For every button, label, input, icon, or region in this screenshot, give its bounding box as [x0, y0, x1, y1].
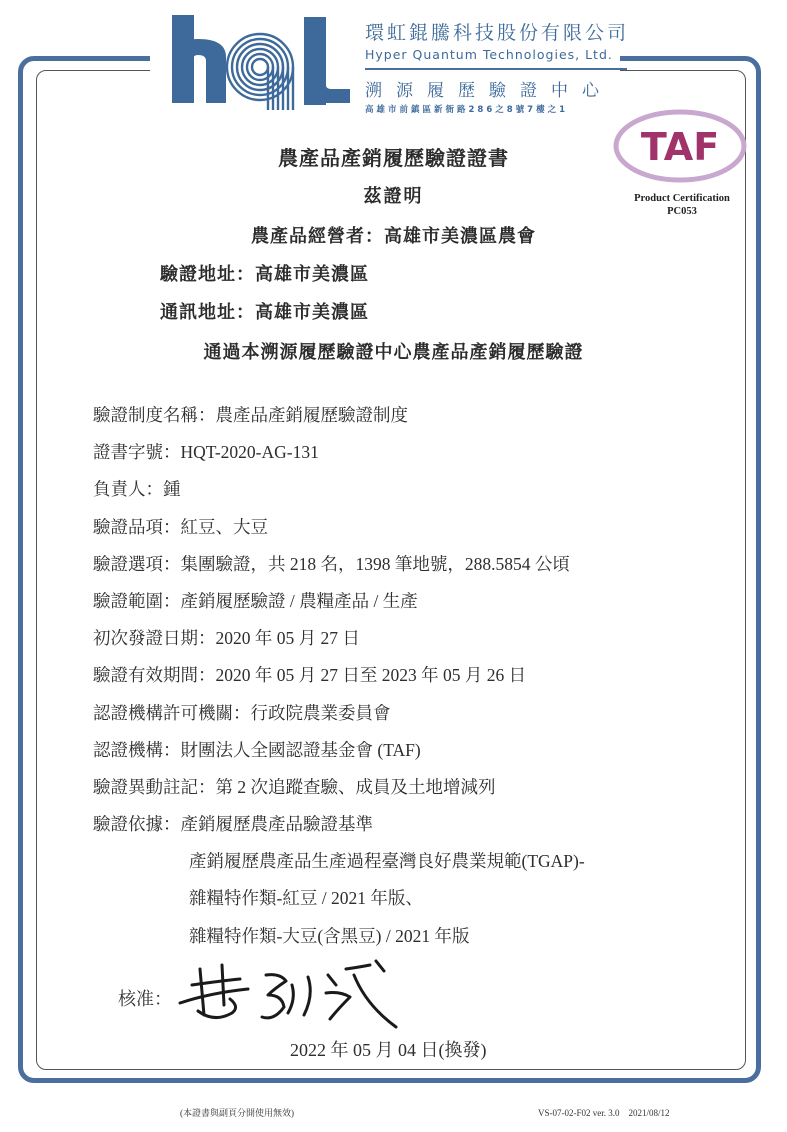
- field-label: 證書字號：: [93, 442, 181, 462]
- field-label: 驗證異動註記：: [93, 777, 216, 797]
- center-name: 溯源履歷驗證中心: [365, 76, 620, 101]
- center-address: 高雄市前鎮區新衙路286之8號7樓之1: [365, 103, 620, 115]
- mail-address-line: 通訊地址：高雄市美濃區: [160, 298, 369, 324]
- field-first-issue-date: 初次發證日期：2020 年 05 月 27 日: [93, 620, 585, 657]
- field-value: 行政院農業委員會: [251, 703, 391, 723]
- field-accreditation-authority: 認證機構許可機關：行政院農業委員會: [93, 695, 585, 732]
- certificate-title: 農產品產銷履歷驗證證書: [0, 142, 787, 171]
- field-label: 驗證選項：: [93, 554, 181, 574]
- field-products: 驗證品項：紅豆、大豆: [93, 509, 585, 546]
- field-label: 驗證有效期間：: [93, 665, 216, 685]
- certification-statement: 通過本溯源履歷驗證中心農產品產銷履歷驗證: [0, 338, 787, 364]
- field-value: 財團法人全國認證基金會 (TAF): [181, 740, 421, 760]
- field-value: 產銷履歷驗證 / 農糧產品 / 生產: [181, 591, 418, 611]
- field-value: HQT-2020-AG-131: [181, 442, 319, 462]
- mail-address-label: 通訊地址：: [160, 302, 255, 323]
- field-label: 認證機構許可機關：: [93, 703, 251, 723]
- field-certificate-number: 證書字號：HQT-2020-AG-131: [93, 434, 585, 471]
- company-block: 環虹錕騰科技股份有限公司 Hyper Quantum Technologies,…: [365, 18, 620, 115]
- field-scheme-name: 驗證制度名稱：農產品產銷履歷驗證制度: [93, 397, 585, 434]
- field-label: 認證機構：: [93, 740, 181, 760]
- company-name-cn: 環虹錕騰科技股份有限公司: [365, 18, 620, 45]
- company-name-en: Hyper Quantum Technologies, Ltd.: [365, 47, 620, 62]
- field-value: 2020 年 05 月 27 日至 2023 年 05 月 26 日: [216, 665, 527, 685]
- footer-note: (本證書與副頁分開使用無效): [180, 1106, 294, 1119]
- footer-form-code: VS-07-02-F02 ver. 3.0 2021/08/12: [538, 1106, 670, 1119]
- hqt-logo: [170, 20, 360, 110]
- hqt-logo-icon: [170, 15, 360, 110]
- field-value: 紅豆、大豆: [181, 517, 269, 537]
- operator-value: 高雄市美濃區農會: [384, 226, 536, 247]
- company-divider: [365, 68, 627, 70]
- field-value: 2020 年 05 月 27 日: [216, 628, 360, 648]
- operator-line: 農產品經營者：高雄市美濃區農會: [0, 222, 787, 248]
- field-value: 第 2 次追蹤查驗、成員及土地增減列: [216, 777, 496, 797]
- certificate-fields: 驗證制度名稱：農產品產銷履歷驗證制度 證書字號：HQT-2020-AG-131 …: [93, 397, 585, 955]
- field-value: 鍾: [163, 479, 181, 499]
- field-responsible-person: 負責人：鍾: [93, 471, 585, 508]
- verify-address-value: 高雄市美濃區: [255, 264, 369, 285]
- field-label: 負責人：: [93, 479, 163, 499]
- verify-address-label: 驗證地址：: [160, 264, 255, 285]
- field-options: 驗證選項：集團驗證，共 218 名，1398 筆地號，288.5854 公頃: [93, 546, 585, 583]
- mail-address-value: 高雄市美濃區: [255, 302, 369, 323]
- field-label: 驗證依據：: [93, 814, 181, 834]
- field-value: 農產品產銷履歷驗證制度: [216, 405, 409, 425]
- field-value: 集團驗證，共 218 名，1398 筆地號，288.5854 公頃: [181, 554, 570, 574]
- certificate-subtitle: 茲證明: [0, 182, 787, 208]
- field-label: 驗證品項：: [93, 517, 181, 537]
- field-label: 初次發證日期：: [93, 628, 216, 648]
- handwritten-signature-icon: [170, 955, 410, 1035]
- field-label: 驗證制度名稱：: [93, 405, 216, 425]
- field-value: 產銷履歷農產品驗證基準: [181, 814, 374, 834]
- field-change-note: 驗證異動註記：第 2 次追蹤查驗、成員及土地增減列: [93, 769, 585, 806]
- field-basis: 驗證依據：產銷履歷農產品驗證基準: [93, 806, 585, 843]
- field-label: 驗證範圍：: [93, 591, 181, 611]
- field-basis-continuation: 雜糧特作類-大豆(含黑豆) / 2021 年版: [93, 918, 585, 955]
- approval-label: 核准：: [118, 985, 172, 1011]
- field-scope: 驗證範圍：產銷履歷驗證 / 農糧產品 / 生產: [93, 583, 585, 620]
- issue-date: 2022 年 05 月 04 日(換發): [290, 1036, 487, 1062]
- field-accreditation-body: 認證機構：財團法人全國認證基金會 (TAF): [93, 732, 585, 769]
- field-basis-continuation: 雜糧特作類-紅豆 / 2021 年版、: [93, 880, 585, 917]
- field-basis-continuation: 產銷履歷農產品生產過程臺灣良好農業規範(TGAP)-: [93, 843, 585, 880]
- verify-address-line: 驗證地址：高雄市美濃區: [160, 260, 369, 286]
- operator-label: 農產品經營者：: [251, 226, 384, 247]
- field-validity-period: 驗證有效期間：2020 年 05 月 27 日至 2023 年 05 月 26 …: [93, 657, 585, 694]
